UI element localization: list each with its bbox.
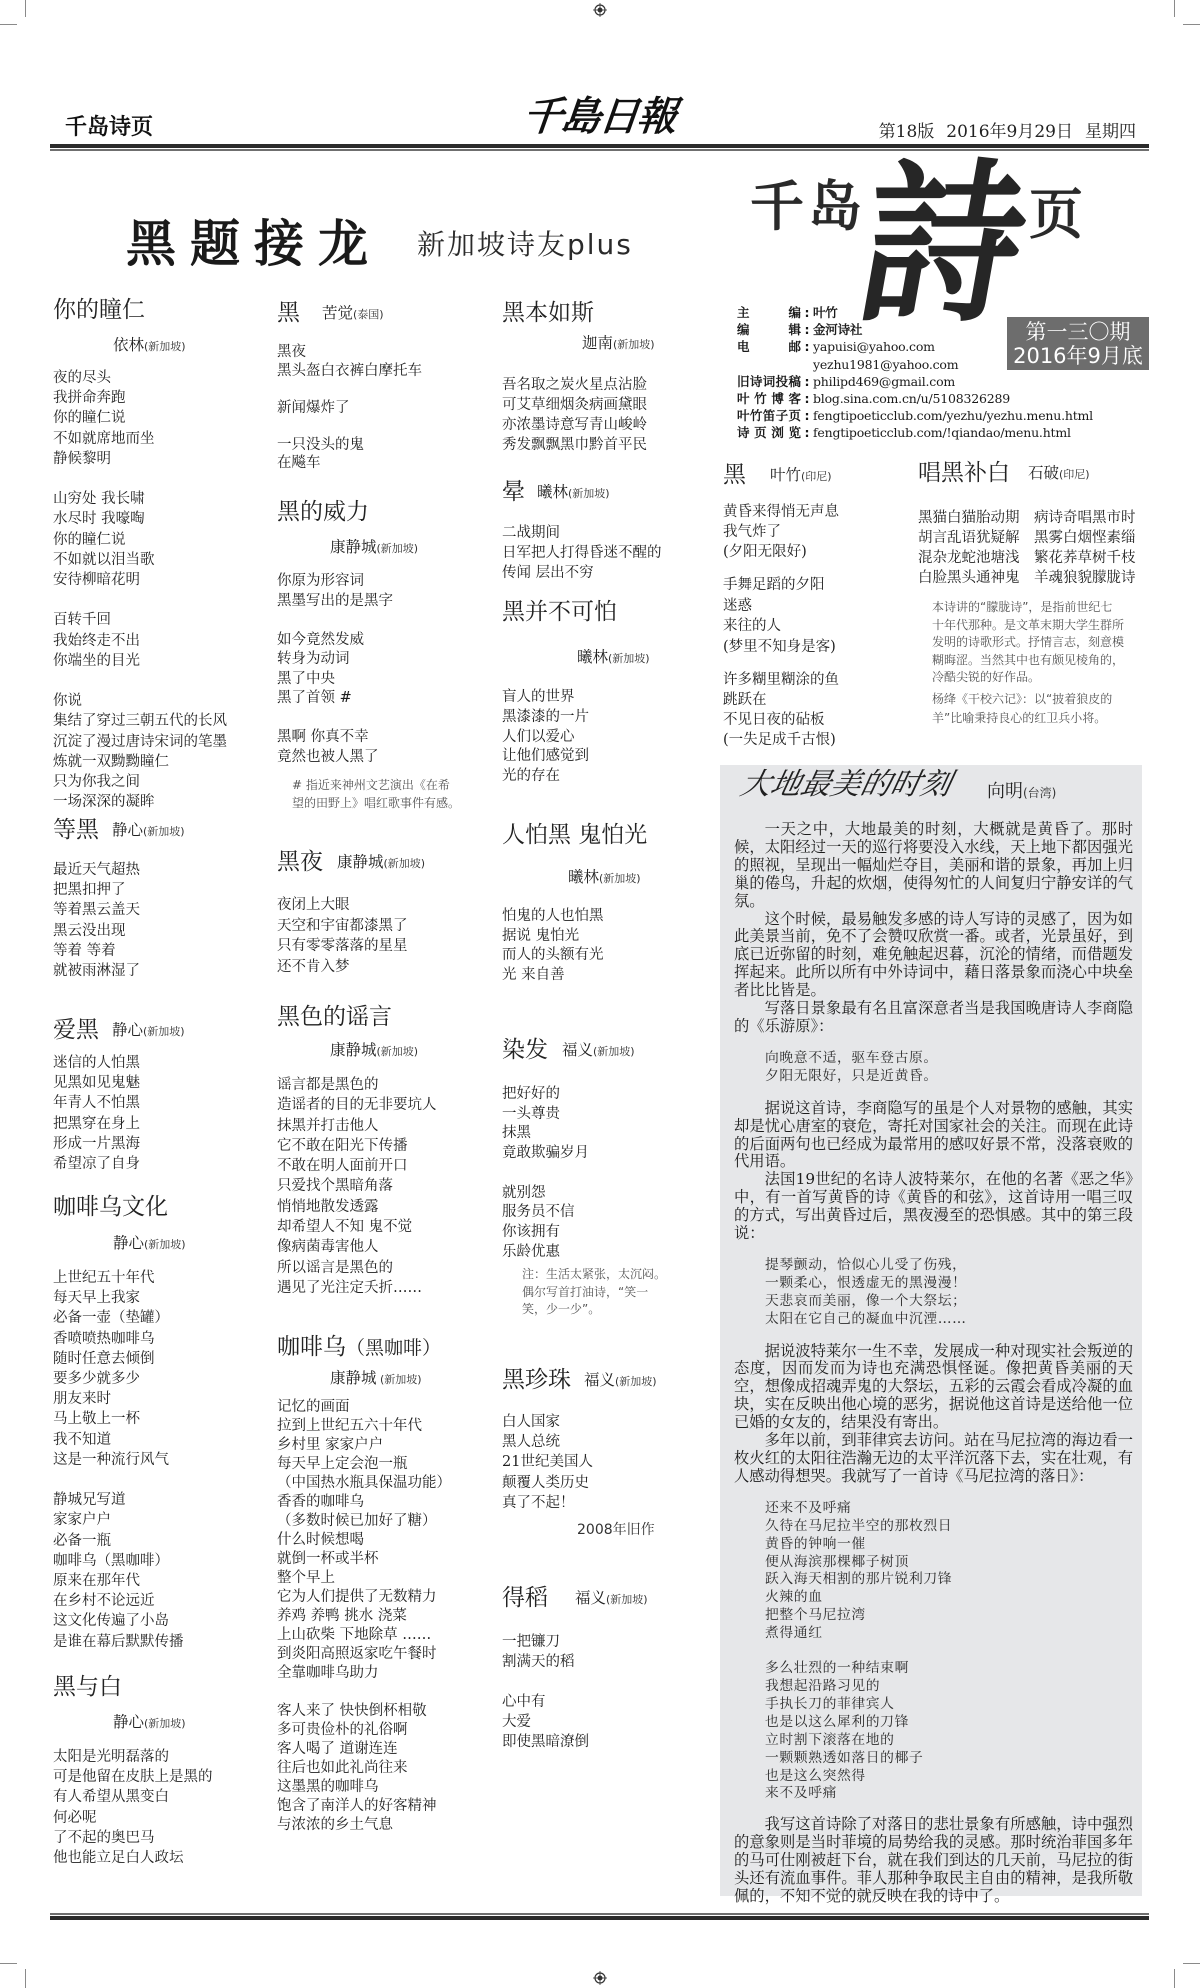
website-link[interactable]: fengtipoeticclub.com/yezhu/yezhu.menu.ht… (813, 408, 1093, 423)
author-region: (印尼) (1059, 468, 1090, 481)
email-link[interactable]: yapuisi@yahoo.com (813, 339, 935, 354)
poem-stanza: 许多糊里糊涂的鱼 跳跃在 不见日夜的砧板 (一失足成千古恨) (723, 670, 839, 750)
poem-title: 黑本如斯 (502, 300, 594, 326)
poem-body: 迷信的人怕黑 见黑如见鬼魅 年青人不怕黑 把黑穿在身上 形成一片黑海 希望凉了自… (53, 1053, 140, 1174)
poem-signoff: 2008年旧作 (577, 1521, 655, 1539)
edition-number: 第18版 (879, 122, 935, 142)
footer-rule-thin (50, 1913, 1149, 1915)
poem-title: 晕 (502, 479, 525, 505)
poem-body: 你原为形容词 黑墨写出的是黑字 如今竟然发威 转身为动词 黑了中央 黑了首领 #… (277, 572, 393, 767)
credit-label: 诗页浏览 (737, 424, 801, 441)
author-region: (新加坡) (606, 1593, 648, 1606)
poem-title: 唱黑补白 (918, 460, 1010, 486)
poem-title: 爱黑 (53, 1017, 99, 1043)
essay-paragraph: 据说波特莱尔一生不幸，发展成一种对现实社会叛逆的态度，因而发而为诗也充满恐惧怪诞… (734, 1343, 1133, 1433)
poem-stanza: 黄昏来得悄无声息 我气炸了 (夕阳无限好) (723, 502, 839, 562)
author-region: (新加坡) (613, 338, 655, 351)
poem-byline: 曦林(新加坡) (537, 483, 610, 503)
registration-mark-icon (593, 3, 607, 17)
issue-date: 2016年9月29日 (946, 122, 1073, 142)
author-region: (新加坡) (377, 1045, 419, 1058)
crop-mark (0, 24, 17, 25)
crop-mark (25, 1969, 26, 1988)
poetry-page-logo-right: 页 (1029, 184, 1087, 244)
credit-colon: : (801, 373, 813, 390)
author-name: 福义 (562, 1041, 593, 1059)
poem-body: 黑夜 黑头盔白衣裤白摩托车 新闻爆炸了 一只没头的鬼 在飚车 (277, 343, 422, 473)
crop-mark (25, 0, 26, 17)
poem-title: 黑的威力 (277, 499, 369, 525)
credit-label: 主编 (737, 304, 801, 321)
poem-body: 上世纪五十年代 每天早上我家 必备一壶（垫罐） 香喷喷热咖啡乌 随时任意去倾倒 … (53, 1268, 184, 1652)
author-region: (新加坡) (599, 872, 641, 885)
poem-body: 盲人的世界 黑漆漆的一片 人们以爱心 让他们感觉到 光的存在 (502, 688, 589, 787)
poem-byline: 康静城 (新加坡) (330, 1369, 422, 1389)
author-name: 静心 (113, 1234, 144, 1252)
essay-paragraph: 写落日景象最有名且富深意者当是我国晚唐诗人李商隐的《乐游原》： (734, 1000, 1133, 1036)
author-region: (新加坡) (144, 340, 186, 353)
poem-stanza: 手舞足蹈的夕阳 迷惑 来往的人 (梦里不知身是客) (723, 575, 836, 657)
crop-mark (1174, 1969, 1175, 1988)
poem-title: 等黑 (53, 817, 99, 843)
crop-mark (1183, 1963, 1200, 1964)
author-name: 曦林 (537, 483, 568, 501)
poem-byline: 静心(新加坡) (113, 1234, 186, 1254)
author-name: 静心 (112, 821, 143, 839)
poem-byline: 迦南(新加坡) (582, 334, 655, 354)
email-link[interactable]: yezhu1981@yahoo.com (813, 357, 958, 372)
poem-title: 你的瞳仁 (53, 297, 145, 323)
poem-body: 谣言都是黑色的 造谣者的目的无非要坑人 抹黑并打击他人 它不敢在阳光下传播 不敢… (277, 1075, 437, 1298)
poem-footnote: # 指近来神州文艺演出《在希 望的田野上》唱红歌事件有感。 (292, 777, 460, 812)
poem-body: 黑猫白猫胎动期 病诗奇唱黑市时 胡言乱语犹疑解 黑雾白烟悭素缁 混杂龙蛇池塘浅 … (918, 508, 1136, 588)
credit-row-blog: 叶竹博客:blog.sina.com.cn/u/5108326289 (737, 390, 1093, 407)
poem-byline: 福义(新加坡) (575, 1589, 648, 1609)
author-region: (新加坡) (144, 1717, 186, 1730)
poem-title: 咖啡乌（黑咖啡） (277, 1334, 441, 1361)
credit-label: 电邮 (737, 338, 801, 355)
author-region: (新加坡) (608, 652, 650, 665)
credit-colon: : (801, 407, 813, 424)
poem-title: 染发 (502, 1037, 548, 1063)
credit-colon: : (801, 321, 813, 338)
author-name: 静心 (112, 1021, 143, 1039)
poem-body: 记忆的画面 拉到上世纪五六十年代 乡村里 家家户户 每天早上定会泡一瓶 （中国热… (277, 1398, 451, 1835)
essay-body: 一天之中，大地最美的时刻，大概就是黄昏了。那时候，太阳经过一天的巡行将要没入水线… (734, 821, 1133, 1906)
credit-label: 叶竹博客 (737, 390, 801, 407)
poem-byline: 石破(印尼) (1028, 464, 1090, 484)
credit-row-browse: 诗页浏览:fengtipoeticclub.com/!qiandao/menu.… (737, 424, 1093, 441)
author-region: (新加坡) (377, 542, 419, 555)
poem-byline: 福义(新加坡) (562, 1041, 635, 1061)
essay-paragraph: 多年以前，到菲律宾去访问。站在马尼拉湾的海边看一枚火红的太阳往浩瀚无边的太平洋沉… (734, 1432, 1133, 1486)
author-name: 康静城 (337, 853, 384, 871)
author-region: (新加坡) (144, 1238, 186, 1251)
poem-body: 吾名取之炭火星点沾脸 可艾草细烟灸病画黛眼 亦浓墨诗意写青山峻岭 秀发飘飘黑巾黔… (502, 375, 647, 455)
poem-footnote: 杨绛《干校六记》：以“披着狼皮的 羊”比喻秉持良心的红卫兵小将。 (932, 690, 1112, 727)
poem-body: 一把镰刀 割满天的稻 心中有 大爱 即使黑暗潦倒 (502, 1632, 589, 1752)
author-name: 曦林 (568, 868, 599, 886)
crop-mark (0, 1963, 17, 1964)
poem-byline: 苦觉(泰国) (322, 304, 384, 324)
poem-byline: 康静城(新加坡) (330, 538, 418, 558)
author-name: 福义 (584, 1371, 615, 1389)
credit-value: 叶竹 (813, 305, 838, 320)
blog-link[interactable]: blog.sina.com.cn/u/5108326289 (813, 391, 1010, 406)
author-region: (新加坡) (143, 1025, 185, 1038)
dateline: 第18版2016年9月29日星期四 (879, 121, 1136, 143)
author-name: 康静城 (330, 538, 377, 556)
poem-body: 白人国家 黑人总统 21世纪美国人 颠覆人类历史 真了不起！ (502, 1412, 593, 1513)
poem-body: 夜闭上大眼 天空和宇宙都漆黑了 只有零零落落的星星 还不肯入梦 (277, 895, 408, 977)
essay-title: 大地最美的时刻 (737, 767, 955, 803)
poem-byline: 福义(新加坡) (584, 1371, 657, 1391)
credit-colon: : (801, 338, 813, 355)
author-name: 迦南 (582, 334, 613, 352)
poem-body: 把好好的 一头尊贵 抹黑 竟敢欺骗岁月 就别怨 服务员不信 你该拥有 乐龄优惠 (502, 1085, 589, 1262)
author-region: (新加坡) (143, 825, 185, 838)
poem-title: 黑 (723, 462, 746, 488)
poem-body: 太阳是光明磊落的 可是他留在皮肤上是黑的 有人希望从黑变白 何必呢 了不起的奥巴… (53, 1747, 213, 1868)
poem-title: 黑与白 (53, 1674, 122, 1700)
poem-body: 最近天气超热 把黑扣押了 等着黑云盖天 黑云没出现 等着 等着 就被雨淋湿了 (53, 860, 140, 981)
essay-byline: 向明(台湾) (987, 782, 1056, 803)
author-region: (新加坡) (593, 1045, 635, 1058)
footer-rule-thick (50, 1916, 1149, 1920)
email-link[interactable]: philipd469@gmail.com (813, 374, 955, 389)
author-name: 向明 (987, 781, 1023, 802)
poem-byline: 静心(新加坡) (112, 821, 185, 841)
poem-title: 人怕黑 鬼怕光 (502, 822, 647, 848)
credit-label: 叶竹笛子页 (737, 407, 801, 424)
newspaper-page: 千岛诗页 千島日報 第18版2016年9月29日星期四 黑题接龙 新加坡诗友pl… (0, 0, 1200, 1988)
author-name: 静心 (113, 1713, 144, 1731)
poem-title: 得稻 (502, 1585, 548, 1611)
quoted-verse: 提琴颤动，恰似心儿受了伤残， 一颗柔心，恨透虚无的黑漫漫！ 天悲哀而美丽，像一个… (765, 1257, 1133, 1329)
poem-byline: 叶竹(印尼) (770, 466, 832, 486)
author-name: 福义 (575, 1589, 606, 1607)
author-region: (台湾) (1023, 786, 1056, 800)
credit-row-submissions: 旧诗词投稿:philipd469@gmail.com (737, 373, 1093, 390)
poem-body: 夜的尽头 我拼命奔跑 你的瞳仁说 不如就席地而坐 静候黎明 山穷处 我长啸 水尽… (53, 368, 227, 812)
credit-value: 金河诗社 (813, 322, 862, 337)
newspaper-masthead-logo: 千島日報 (521, 93, 678, 140)
quoted-verse: 还来不及呼痛 久待在马尼拉半空的那枚烈日 黄昏的钟响一催 便从海滨那棵椰子树顶 … (765, 1500, 1133, 1643)
author-name: 康静城 (330, 1369, 377, 1387)
website-link[interactable]: fengtipoeticclub.com/!qiandao/menu.html (813, 425, 1071, 440)
feature-title: 黑题接龙 (126, 216, 382, 272)
essay-paragraph: 这个时候，最易触发多感的诗人写诗的灵感了，因为如此美景当前，免不了会赞叹欣赏一番… (734, 911, 1133, 1001)
poem-body: 二战期间 日军把人打得昏迷不醒的 传闻 层出不穷 (502, 523, 662, 583)
feature-subtitle: 新加坡诗友plus (417, 229, 633, 261)
poem-title-suffix: （黑咖啡） (346, 1337, 441, 1359)
author-region: (新加坡) (377, 1373, 422, 1386)
section-name: 千岛诗页 (65, 115, 153, 141)
credit-label: 旧诗词投稿 (737, 373, 801, 390)
poem-title: 咖啡乌文化 (53, 1194, 168, 1220)
author-name: 叶竹 (770, 466, 801, 484)
poem-title: 黑色的谣言 (277, 1004, 392, 1030)
poem-byline: 康静城(新加坡) (330, 1041, 418, 1061)
essay-paragraph: 法国19世纪的名诗人波特莱尔，在他的名著《恶之华》中，有一首写黄昏的诗《黄昏的和… (734, 1171, 1133, 1243)
credit-label: 编辑 (737, 321, 801, 338)
poem-byline: 曦林(新加坡) (568, 868, 641, 888)
crop-mark (1174, 0, 1175, 17)
crop-mark (1183, 24, 1200, 25)
quoted-verse: 向晚意不适，驱车登古原。 夕阳无限好，只是近黄昏。 (765, 1050, 1133, 1086)
credit-colon: : (801, 390, 813, 407)
poem-byline: 康静城(新加坡) (337, 853, 425, 873)
poetry-page-logo-left: 千岛 (750, 176, 866, 236)
poem-footnote: 本诗讲的“朦胧诗”，是指前世纪七 十年代那种。是文革末期大学生群所 发明的诗歌形… (932, 599, 1124, 687)
poem-title: 黑 (277, 300, 300, 326)
credit-colon: : (801, 424, 813, 441)
poem-body: 怕鬼的人也怕黑 据说 鬼怕光 而人的头额有光 光 来自善 (502, 907, 604, 985)
poem-footnote: 注：生活太紧张，太沉闷。 偶尔写首打油诗，“笑一 笑，少一少”。 (522, 1266, 666, 1319)
author-name: 依林 (113, 336, 144, 354)
issue-badge: 第一三〇期 2016年9月底 (1007, 317, 1149, 370)
poem-byline: 静心(新加坡) (112, 1021, 185, 1041)
poem-byline: 依林(新加坡) (113, 336, 186, 356)
issue-period: 2016年9月底 (1007, 344, 1149, 368)
quoted-verse: 多么壮烈的一种结束啊 我想起沿路习见的 手执长刀的菲律宾人 也是以这么犀利的刀锋… (765, 1660, 1133, 1803)
issue-number: 第一三〇期 (1007, 320, 1149, 344)
author-name: 曦林 (577, 648, 608, 666)
registration-mark-icon (593, 1971, 607, 1985)
author-name: 苦觉 (322, 304, 353, 322)
poem-title: 黑并不可怕 (502, 599, 617, 625)
poem-title: 黑珍珠 (502, 1367, 571, 1393)
author-region: (印尼) (801, 470, 832, 483)
author-region: (新加坡) (384, 857, 426, 870)
essay-paragraph: 据说这首诗，李商隐写的虽是个人对景物的感触，其实却是忧心唐室的衰危，寄托对国家社… (734, 1100, 1133, 1172)
author-name: 石破 (1028, 464, 1059, 482)
author-name: 康静城 (330, 1041, 377, 1059)
author-region: (新加坡) (568, 487, 610, 500)
poem-title: 黑夜 (277, 849, 323, 875)
author-region: (泰国) (353, 308, 384, 321)
poem-byline: 曦林(新加坡) (577, 648, 650, 668)
credit-colon: : (801, 304, 813, 321)
weekday: 星期四 (1085, 122, 1136, 142)
poem-title-main: 咖啡乌 (277, 1334, 346, 1360)
essay-paragraph: 我写这首诗除了对落日的悲壮景象有所感触，诗中强烈的意象则是当时菲境的局势给我的灵… (734, 1816, 1133, 1906)
poem-byline: 静心(新加坡) (113, 1713, 186, 1733)
author-region: (新加坡) (615, 1375, 657, 1388)
essay-paragraph: 一天之中，大地最美的时刻，大概就是黄昏了。那时候，太阳经过一天的巡行将要没入水线… (734, 821, 1133, 911)
credit-row-flute-page: 叶竹笛子页:fengtipoeticclub.com/yezhu/yezhu.m… (737, 407, 1093, 424)
